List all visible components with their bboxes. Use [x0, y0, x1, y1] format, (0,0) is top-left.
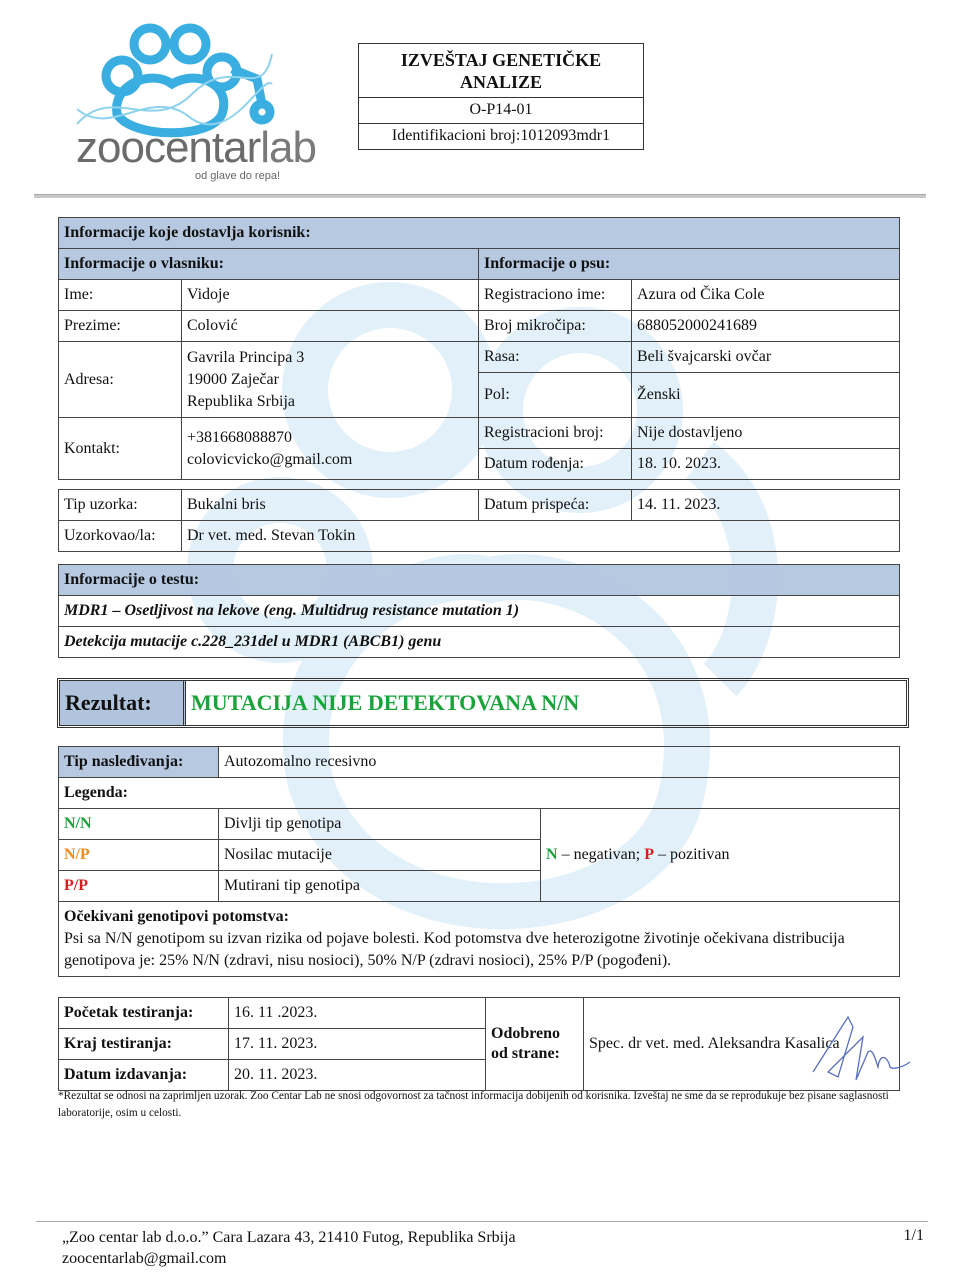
footer-divider — [36, 1221, 928, 1222]
chip-value: 688052000241689 — [632, 311, 900, 342]
sampler-label: Uzorkovao/la: — [59, 521, 182, 552]
logo-wordmark: zoocentarlab — [76, 126, 316, 170]
key-p-text: – pozitivan — [654, 846, 730, 863]
legend-desc-pp: Mutirani tip genotipa — [219, 871, 541, 902]
chip-label: Broj mikročipa: — [479, 311, 632, 342]
start-label: Početak testiranja: — [59, 998, 229, 1029]
footer-email: zoocentarlab@gmail.com — [62, 1248, 516, 1269]
test-title: Informacije o testu: — [59, 565, 900, 596]
legend-code-np: N/P — [59, 840, 219, 871]
report-title-box: IZVEŠTAJ GENETIČKE ANALIZE O-P14-01 Iden… — [358, 43, 644, 150]
footer: „Zoo centar lab d.o.o.” Cara Lazara 43, … — [62, 1227, 516, 1269]
breed-value: Beli švajcarski ovčar — [632, 342, 900, 373]
address-label: Adresa: — [59, 342, 182, 418]
test-detection: Detekcija mutacije c.228_231del u MDR1 (… — [59, 627, 900, 658]
footer-address: „Zoo centar lab d.o.o.” Cara Lazara 43, … — [62, 1227, 516, 1248]
arrival-value: 14. 11. 2023. — [632, 490, 900, 521]
contact-value: +381668088870 colovicvicko@gmail.com — [182, 418, 479, 480]
key-n-text: – negativan; — [558, 846, 645, 863]
last-name-label: Prezime: — [59, 311, 182, 342]
sample-table: Tip uzorka: Bukalni bris Datum prispeća:… — [58, 489, 900, 552]
key-p: P — [644, 846, 654, 863]
sex-value: Ženski — [632, 373, 900, 418]
dog-title: Informacije o psu: — [479, 249, 900, 280]
start-value: 16. 11 .2023. — [229, 998, 486, 1029]
legend-code-nn: N/N — [59, 809, 219, 840]
key-n: N — [546, 846, 558, 863]
address-line: 19000 Zaječar — [187, 369, 473, 391]
owner-title: Informacije o vlasniku: — [59, 249, 479, 280]
inheritance-label: Tip nasleđivanja: — [59, 747, 219, 778]
end-value: 17. 11. 2023. — [229, 1029, 486, 1060]
sampler-value: Dr vet. med. Stevan Tokin — [182, 521, 900, 552]
customer-info-table: Informacije koje dostavlja korisnik: Inf… — [58, 217, 900, 480]
reg-name-label: Registraciono ime: — [479, 280, 632, 311]
sample-type-label: Tip uzorka: — [59, 490, 182, 521]
header-divider — [34, 194, 926, 198]
first-name-label: Ime: — [59, 280, 182, 311]
address-line: Republika Srbija — [187, 391, 473, 413]
offspring-text: Psi sa N/N genotipom su izvan rizika od … — [64, 928, 894, 972]
section-title: Informacije koje dostavlja korisnik: — [59, 218, 900, 249]
issue-value: 20. 11. 2023. — [229, 1060, 486, 1091]
inheritance-table: Tip nasleđivanja: Autozomalno recesivno … — [58, 746, 900, 977]
legend-key: N – negativan; P – pozitivan — [541, 809, 900, 902]
address-line: Gavrila Principa 3 — [187, 347, 473, 369]
reg-no-label: Registracioni broj: — [479, 418, 632, 449]
legend-desc-np: Nosilac mutacije — [219, 840, 541, 871]
issue-label: Datum izdavanja: — [59, 1060, 229, 1091]
dob-label: Datum rođenja: — [479, 449, 632, 480]
end-label: Kraj testiranja: — [59, 1029, 229, 1060]
test-info-table: Informacije o testu: MDR1 – Osetljivost … — [58, 564, 900, 658]
first-name-value: Vidoje — [182, 280, 479, 311]
page-number: 1/1 — [904, 1227, 924, 1245]
legend-desc-nn: Divlji tip genotipa — [219, 809, 541, 840]
phone: +381668088870 — [187, 427, 473, 449]
result-label: Rezultat: — [60, 681, 186, 725]
disclaimer: *Rezultat se odnosi na zaprimljen uzorak… — [58, 1088, 908, 1122]
address-value: Gavrila Principa 3 19000 Zaječar Republi… — [182, 342, 479, 418]
reg-no-value: Nije dostavljeno — [632, 418, 900, 449]
breed-label: Rasa: — [479, 342, 632, 373]
sample-type-value: Bukalni bris — [182, 490, 479, 521]
legend-title: Legenda: — [59, 778, 900, 809]
arrival-label: Datum prispeća: — [479, 490, 632, 521]
offspring-cell: Očekivani genotipovi potomstva: Psi sa N… — [59, 902, 900, 977]
contact-label: Kontakt: — [59, 418, 182, 480]
approved-label: Odobreno od strane: — [486, 998, 584, 1091]
test-name: MDR1 – Osetljivost na lekove (eng. Multi… — [59, 596, 900, 627]
result-box: Rezultat: MUTACIJA NIJE DETEKTOVANA N/N — [57, 678, 909, 728]
last-name-value: Colović — [182, 311, 479, 342]
reg-name-value: Azura od Čika Cole — [632, 280, 900, 311]
signature-icon — [808, 1012, 913, 1082]
id-number: Identifikacioni broj:1012093mdr1 — [359, 123, 643, 149]
dob-value: 18. 10. 2023. — [632, 449, 900, 480]
offspring-title: Očekivani genotipovi potomstva: — [64, 906, 894, 928]
result-value: MUTACIJA NIJE DETEKTOVANA N/N — [186, 681, 579, 725]
testing-table: Početak testiranja: 16. 11 .2023. Odobre… — [58, 997, 900, 1091]
doc-code: O-P14-01 — [359, 97, 643, 123]
legend-code-pp: P/P — [59, 871, 219, 902]
email: colovicvicko@gmail.com — [187, 449, 473, 471]
report-title: IZVEŠTAJ GENETIČKE ANALIZE — [359, 44, 643, 97]
logo-tagline: od glave do repa! — [195, 170, 280, 182]
sex-label: Pol: — [479, 373, 632, 418]
inheritance-value: Autozomalno recesivno — [219, 747, 900, 778]
